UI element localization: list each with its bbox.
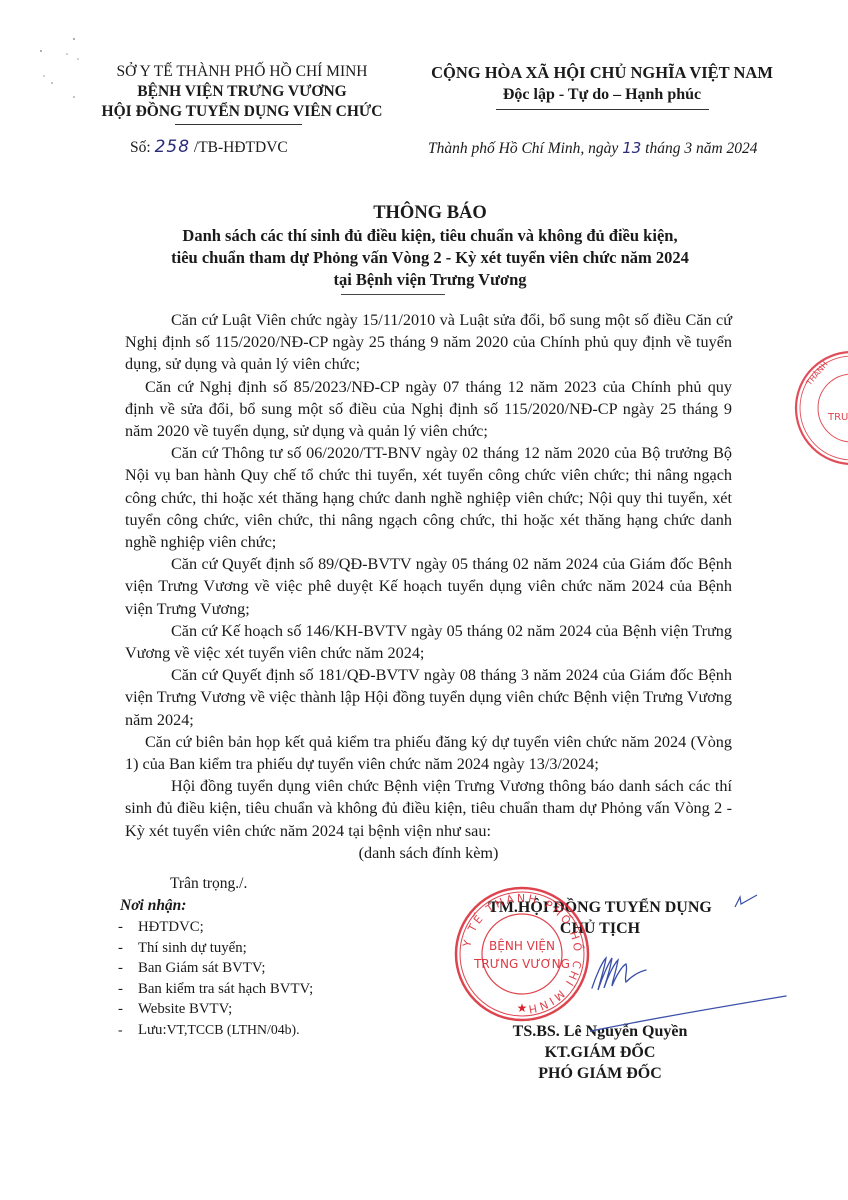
document-number: Số: 258 /TB-HĐTDVC <box>130 137 288 157</box>
attachment-note: (danh sách đính kèm) <box>125 842 732 864</box>
recipient-text: HĐTDVC; <box>138 917 204 938</box>
svg-text:Y TẾ THÀNH PHỐ HỒ CHÍ MINH: Y TẾ THÀNH PHỐ HỒ CHÍ MINH <box>460 892 585 1016</box>
body-paragraph: Căn cứ Quyết định số 181/QĐ-BVTV ngày 08… <box>125 664 732 731</box>
place-date-suffix: tháng 3 năm 2024 <box>641 140 757 157</box>
recipient-text: Thí sinh dự tuyển; <box>138 938 247 959</box>
title-underline <box>341 294 445 295</box>
document-title: THÔNG BÁO Danh sách các thí sinh đủ điều… <box>100 201 760 291</box>
motto-underline <box>496 109 709 110</box>
document-heading: THÔNG BÁO <box>100 201 760 225</box>
list-dash: - <box>118 1020 138 1041</box>
issuer-underline <box>175 124 302 125</box>
place-date: Thành phố Hồ Chí Minh, ngày 13 tháng 3 n… <box>428 139 758 158</box>
recipient-item: -Lưu: VT,TCCB (LTHN/04b). <box>118 1020 313 1041</box>
body-paragraph: Căn cứ biên bản họp kết quả kiểm tra phi… <box>125 731 732 775</box>
national-header: CỘNG HÒA XÃ HỘI CHỦ NGHĨA VIỆT NAM Độc l… <box>416 62 788 106</box>
body-paragraph: Căn cứ Thông tư số 06/2020/TT-BNV ngày 0… <box>125 442 732 553</box>
signatory-title-2: PHÓ GIÁM ĐỐC <box>440 1063 760 1084</box>
body-paragraph: Căn cứ Nghị định số 85/2023/NĐ-CP ngày 0… <box>125 376 732 443</box>
list-dash: - <box>118 979 138 1000</box>
recipient-item: -Ban kiểm tra sát hạch BVTV; <box>118 979 313 1000</box>
closing-salutation: Trân trọng./. <box>170 875 247 893</box>
recipient-item: -Website BVTV; <box>118 999 313 1020</box>
body-paragraph: Căn cứ Kế hoạch số 146/KH-BVTV ngày 05 t… <box>125 620 732 664</box>
stamp-center-line-1: BỆNH VIỆN <box>489 938 555 953</box>
recipients-list: -HĐTDVC; -Thí sinh dự tuyển; -Ban Giám s… <box>118 917 313 1041</box>
recipient-text: Ban Giám sát BVTV; <box>138 958 266 979</box>
national-motto: Độc lập - Tự do – Hạnh phúc <box>416 84 788 106</box>
body-paragraph: Căn cứ Luật Viên chức ngày 15/11/2010 và… <box>125 309 732 376</box>
list-dash: - <box>118 958 138 979</box>
recipient-text: Ban kiểm tra sát hạch BVTV; <box>138 979 313 1000</box>
svg-text:★: ★ <box>517 1001 528 1015</box>
recipient-text: VT,TCCB (LTHN/04b). <box>167 1020 300 1041</box>
place-date-prefix: Thành phố Hồ Chí Minh, ngày <box>428 140 622 157</box>
recipient-label: Lưu: <box>138 1020 167 1041</box>
list-dash: - <box>118 938 138 959</box>
national-title: CỘNG HÒA XÃ HỘI CHỦ NGHĨA VIỆT NAM <box>416 62 788 84</box>
issuer-header: SỞ Y TẾ THÀNH PHỐ HỒ CHÍ MINH BỆNH VIỆN … <box>82 62 402 122</box>
document-subject-line-1: Danh sách các thí sinh đủ điều kiện, tiê… <box>100 225 760 247</box>
svg-text:TRU: TRU <box>827 412 848 423</box>
official-stamp-icon: Y TẾ THÀNH PHỐ HỒ CHÍ MINH BỆNH VIỆN TRƯ… <box>452 884 592 1024</box>
document-body: Căn cứ Luật Viên chức ngày 15/11/2010 và… <box>125 309 732 864</box>
issuer-department: SỞ Y TẾ THÀNH PHỐ HỒ CHÍ MINH <box>82 62 402 82</box>
stamp-center-line-2: TRƯNG VƯƠNG <box>473 957 570 971</box>
issuer-council: HỘI ĐỒNG TUYỂN DỤNG VIÊN CHỨC <box>82 102 402 122</box>
recipients-heading: Nơi nhận: <box>120 897 186 915</box>
document-subject-line-3: tại Bệnh viện Trưng Vương <box>100 269 760 291</box>
document-subject-line-2: tiêu chuẩn tham dự Phỏng vấn Vòng 2 - Kỳ… <box>100 247 760 269</box>
scan-specks <box>30 25 90 115</box>
signatory-title-1: KT.GIÁM ĐỐC <box>440 1042 760 1063</box>
place-date-day-handwritten: 13 <box>622 139 641 157</box>
svg-text:THÀNH: THÀNH <box>802 358 829 388</box>
body-paragraph: Hội đồng tuyển dụng viên chức Bệnh viện … <box>125 775 732 842</box>
list-dash: - <box>118 917 138 938</box>
recipient-text: Website BVTV; <box>138 999 232 1020</box>
recipient-item: -Ban Giám sát BVTV; <box>118 958 313 979</box>
stamp-ring-text: Y TẾ THÀNH PHỐ HỒ CHÍ MINH <box>460 892 585 1016</box>
recipient-item: -HĐTDVC; <box>118 917 313 938</box>
list-dash: - <box>118 999 138 1020</box>
handwritten-tick-icon <box>734 893 758 909</box>
issuer-hospital: BỆNH VIỆN TRƯNG VƯƠNG <box>82 82 402 102</box>
document-number-suffix: /TB-HĐTDVC <box>190 139 288 156</box>
document-number-prefix: Số: <box>130 139 155 156</box>
recipient-item: -Thí sinh dự tuyển; <box>118 938 313 959</box>
edge-seal-icon: BỆ TRU THÀNH <box>792 348 848 468</box>
document-number-handwritten: 258 <box>155 137 190 157</box>
body-paragraph: Căn cứ Quyết định số 89/QĐ-BVTV ngày 05 … <box>125 553 732 620</box>
handwritten-signature-icon <box>590 930 790 1040</box>
